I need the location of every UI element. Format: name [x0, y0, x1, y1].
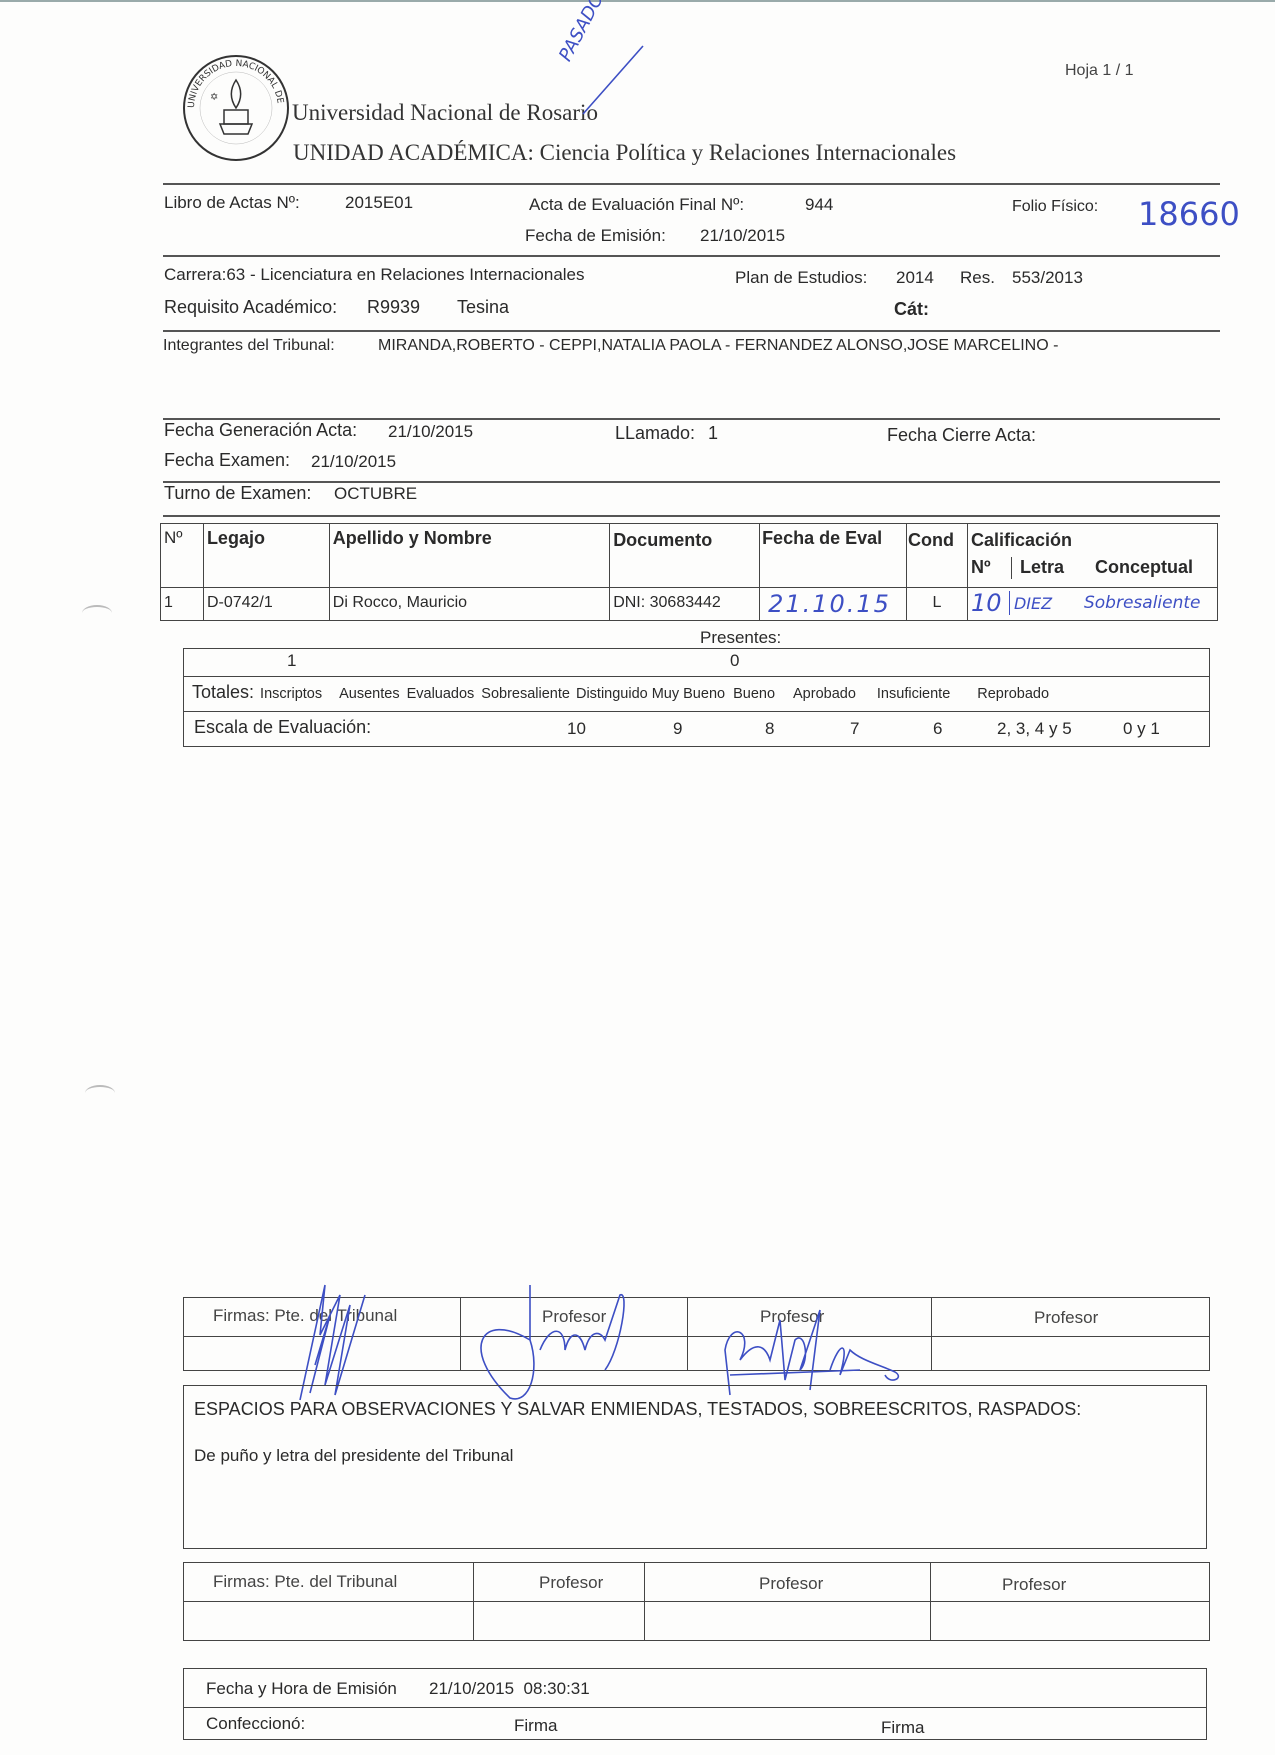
total-col-aprobado: Aprobado	[793, 686, 856, 702]
col-header-cal-n: Nº	[971, 557, 1011, 579]
emision-value: 21/10/2015	[700, 226, 785, 246]
escala-aprobado: 6	[933, 719, 942, 739]
scan-mark	[82, 605, 112, 621]
escala-bueno: 7	[850, 719, 859, 739]
total-col-muy-bueno: Muy Bueno	[652, 686, 725, 702]
divider-2	[163, 255, 1220, 257]
acta-value: 944	[805, 195, 833, 215]
university-logo: UNIVERSIDAD NACIONAL DE ROSARIO ✡	[180, 52, 292, 164]
col-header-cond: Cond	[907, 524, 968, 588]
col-header-nombre: Apellido y Nombre	[329, 524, 609, 588]
divider-6	[163, 515, 1220, 517]
emission-box: Fecha y Hora de Emisión 21/10/2015 08:30…	[183, 1668, 1207, 1740]
academic-unit: UNIDAD ACADÉMICA: Ciencia Política y Rel…	[293, 140, 956, 166]
cell-calificacion: 10 DIEZ Sobresaliente	[967, 588, 1217, 621]
total-col-evaluados: Evaluados	[407, 686, 475, 702]
sig2-divider	[184, 1601, 1209, 1602]
total-col-insuficiente: Insuficiente	[877, 686, 950, 702]
col-header-cal-letra: Letra	[1020, 557, 1095, 579]
firma-label-2: Firma	[881, 1718, 924, 1738]
escala-reprobado: 0 y 1	[1123, 719, 1160, 739]
sig2-col-line	[930, 1563, 931, 1640]
emission-divider	[184, 1707, 1206, 1708]
cell-nombre: Di Rocco, Mauricio	[329, 588, 609, 621]
folio-label: Folio Físico:	[1012, 198, 1098, 216]
table-row: 1 D-0742/1 Di Rocco, Mauricio DNI: 30683…	[161, 588, 1218, 621]
observaciones-subtitle: De puño y letra del presidente del Tribu…	[194, 1446, 513, 1466]
sig-col-line	[687, 1298, 688, 1370]
totals-divider-2	[184, 711, 1209, 712]
divider-1	[163, 183, 1220, 185]
col-header-documento: Documento	[610, 524, 760, 588]
tribunal-value: MIRANDA,ROBERTO - CEPPI,NATALIA PAOLA - …	[378, 337, 1058, 355]
calificacion-title: Calificación	[971, 530, 1214, 551]
examen-value: 21/10/2015	[311, 452, 396, 472]
cal-separator	[1009, 591, 1010, 615]
col-header-calificacion: Calificación Nº Letra Conceptual	[967, 524, 1217, 588]
emision-label: Fecha de Emisión:	[525, 226, 666, 246]
totals-divider-1	[184, 676, 1209, 677]
divider-3	[163, 330, 1220, 332]
col-header-fecha: Fecha de Eval	[760, 524, 907, 588]
sheet-number: Hoja 1 / 1	[1065, 62, 1133, 80]
sig-profesor-3: Profesor	[1034, 1308, 1098, 1328]
observaciones-box: ESPACIOS PARA OBSERVACIONES Y SALVAR ENM…	[183, 1385, 1207, 1549]
divider-5	[163, 481, 1220, 483]
cierre-label: Fecha Cierre Acta:	[887, 425, 1036, 446]
cell-n: 1	[161, 588, 204, 621]
requisito-name: Tesina	[457, 297, 509, 318]
cell-cal-conceptual: Sobresaliente	[1084, 593, 1201, 613]
totals-header-row: Totales: Inscriptos Ausentes Evaluados S…	[192, 682, 1049, 703]
totals-box: 1 0 Totales: Inscriptos Ausentes Evaluad…	[183, 648, 1210, 747]
ausentes-count: 0	[730, 651, 739, 671]
col-header-n: Nº	[161, 524, 204, 588]
total-col-inscriptos: Inscriptos	[260, 686, 322, 702]
emission-value: 21/10/2015 08:30:31	[429, 1679, 590, 1699]
total-col-bueno: Bueno	[733, 686, 775, 702]
libro-value: 2015E01	[345, 193, 413, 213]
llamado-label: LLamado:	[615, 423, 695, 444]
totales-label: Totales:	[192, 682, 254, 703]
acta-label: Acta de Evaluación Final Nº:	[529, 195, 744, 215]
university-name: Universidad Nacional de Rosario	[292, 100, 598, 126]
students-table: Nº Legajo Apellido y Nombre Documento Fe…	[160, 523, 1218, 621]
cell-cal-letra: DIEZ	[1014, 594, 1084, 613]
calificacion-subheaders: Nº Letra Conceptual	[971, 557, 1214, 579]
cell-fecha-eval: 21.10.15	[760, 588, 907, 621]
escala-insuficiente: 2, 3, 4 y 5	[997, 719, 1072, 739]
libro-label: Libro de Actas Nº:	[164, 193, 300, 213]
svg-text:✡: ✡	[210, 92, 218, 103]
generacion-label: Fecha Generación Acta:	[164, 420, 357, 441]
turno-label: Turno de Examen:	[164, 483, 311, 504]
requisito-label: Requisito Académico:	[164, 297, 337, 318]
inscriptos-count: 1	[287, 651, 296, 671]
total-col-sobresaliente: Sobresaliente	[481, 686, 570, 702]
table-header-row: Nº Legajo Apellido y Nombre Documento Fe…	[161, 524, 1218, 588]
total-col-ausentes: Ausentes	[339, 686, 399, 702]
requisito-value: R9939	[367, 297, 420, 318]
escala-distinguido: 9	[673, 719, 682, 739]
sig2-col-line	[473, 1563, 474, 1640]
plan-label: Plan de Estudios:	[735, 268, 867, 288]
firma-label-1: Firma	[514, 1716, 557, 1736]
sig2-col-line	[644, 1563, 645, 1640]
cell-documento: DNI: 30683442	[610, 588, 760, 621]
escala-sobresaliente: 10	[567, 719, 586, 739]
cat-label: Cát:	[894, 299, 929, 320]
sig2-profesor-1: Profesor	[539, 1573, 603, 1593]
generacion-value: 21/10/2015	[388, 422, 473, 442]
confecciono-label: Confeccionó:	[206, 1714, 305, 1734]
pasado-stroke	[575, 42, 645, 117]
total-col-distinguido: Distinguido	[576, 686, 648, 702]
cell-cal-n: 10	[971, 589, 1009, 617]
sig2-pte-label: Firmas: Pte. del Tribunal	[213, 1572, 397, 1592]
subheader-separator	[1011, 557, 1012, 579]
res-label: Res.	[960, 268, 995, 288]
carrera: Carrera:63 - Licenciatura en Relaciones …	[164, 265, 585, 285]
folio-value: 18660	[1138, 195, 1240, 233]
sig-col-line	[460, 1298, 461, 1370]
llamado-value: 1	[708, 423, 718, 444]
sig2-profesor-3: Profesor	[1002, 1575, 1066, 1595]
col-header-legajo: Legajo	[203, 524, 329, 588]
col-header-cal-conceptual: Conceptual	[1095, 557, 1193, 579]
escala-label: Escala de Evaluación:	[194, 717, 371, 738]
emission-label: Fecha y Hora de Emisión	[206, 1679, 397, 1699]
tribunal-label: Integrantes del Tribunal:	[163, 337, 335, 355]
scan-edge	[0, 0, 1275, 2]
cell-cond: L	[907, 588, 968, 621]
cell-legajo: D-0742/1	[203, 588, 329, 621]
escala-muy-bueno: 8	[765, 719, 774, 739]
total-col-reprobado: Reprobado	[977, 686, 1049, 702]
turno-value: OCTUBRE	[334, 484, 417, 504]
res-value: 553/2013	[1012, 268, 1083, 288]
presentes-label: Presentes:	[700, 628, 791, 649]
sig2-profesor-2: Profesor	[759, 1574, 823, 1594]
scan-mark	[85, 1085, 115, 1101]
examen-label: Fecha Examen:	[164, 450, 290, 471]
observaciones-title: ESPACIOS PARA OBSERVACIONES Y SALVAR ENM…	[194, 1398, 1154, 1420]
signatures-table-blank: Firmas: Pte. del Tribunal Profesor Profe…	[183, 1562, 1210, 1641]
plan-value: 2014	[896, 268, 934, 288]
sig-col-line	[931, 1298, 932, 1370]
